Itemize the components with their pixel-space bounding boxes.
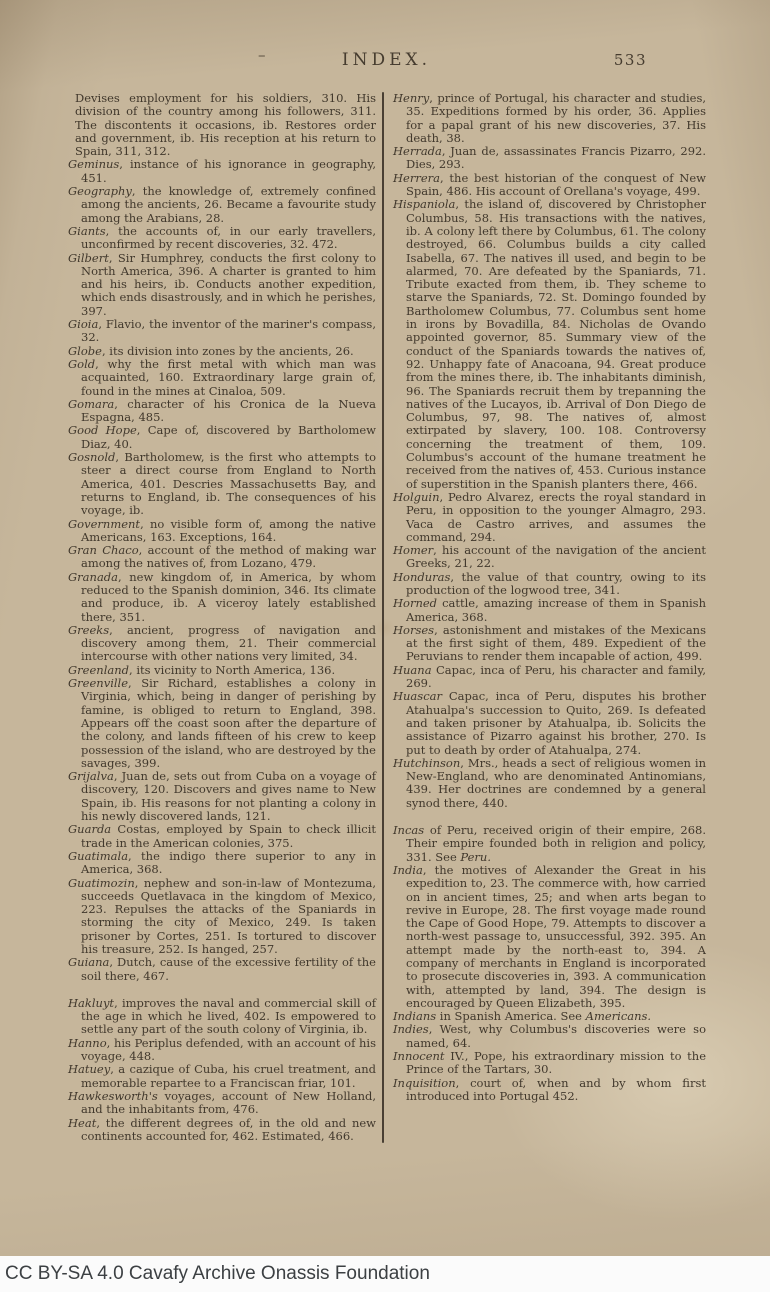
index-entry: Heat, the different degrees of, in the o… bbox=[68, 1117, 376, 1144]
entry-term: Guatimala bbox=[68, 849, 128, 863]
entry-term: Heat bbox=[68, 1116, 96, 1130]
index-entry: Holguin, Pedro Alvarez, erects the royal… bbox=[393, 491, 706, 544]
column-right: Henry, prince of Portugal, his character… bbox=[384, 92, 706, 1143]
index-entry: Gosnold, Bartholomew, is the first who a… bbox=[68, 451, 376, 517]
entry-term: Geography bbox=[68, 184, 132, 198]
entry-term: Hakluyt bbox=[68, 996, 114, 1010]
entry-term: Good Hope bbox=[68, 423, 137, 437]
index-entry: Good Hope, Cape of, discovered by Bartho… bbox=[68, 424, 376, 451]
index-entry: Greenville, Sir Richard, establishes a c… bbox=[68, 677, 376, 770]
entry-term: Horses bbox=[393, 623, 434, 637]
page-number: 533 bbox=[614, 51, 647, 69]
entry-term: Guarda bbox=[68, 822, 111, 836]
entry-term: Huana bbox=[393, 663, 432, 677]
entry-term: Guiana bbox=[68, 955, 109, 969]
index-entry: Hakluyt, improves the naval and commerci… bbox=[68, 997, 376, 1037]
index-entry: Guarda Costas, employed by Spain to chec… bbox=[68, 823, 376, 850]
entry-term: Indies bbox=[393, 1022, 429, 1036]
entry-term: Grijalva bbox=[68, 769, 114, 783]
entry-term: Guatimozin bbox=[68, 876, 135, 890]
caption-bar: CC BY-SA 4.0 Cavafy Archive Onassis Foun… bbox=[0, 1256, 770, 1292]
entry-term: Gosnold bbox=[68, 450, 115, 464]
index-entry: Government, no visible form of, among th… bbox=[68, 518, 376, 545]
entry-term: Huascar bbox=[393, 689, 442, 703]
entry-term: Indians bbox=[393, 1009, 436, 1023]
index-entry: Hispaniola, the island of, discovered by… bbox=[393, 198, 706, 491]
column-left: Devises employment for his soldiers, 310… bbox=[68, 92, 382, 1143]
index-entry: Greeks, ancient, progress of navigation … bbox=[68, 624, 376, 664]
entry-term: Incas bbox=[393, 823, 424, 837]
entry-term: Greenville bbox=[68, 676, 128, 690]
index-entry: Globe, its division into zones by the an… bbox=[68, 345, 376, 358]
entry-term: Granada bbox=[68, 570, 118, 584]
entry-cross-reference: Peru. bbox=[460, 850, 491, 864]
entry-term: Honduras bbox=[393, 570, 450, 584]
entry-term: Gold bbox=[68, 357, 95, 371]
entry-term: Giants bbox=[68, 224, 106, 238]
index-entry: Guatimozin, nephew and son-in-law of Mon… bbox=[68, 877, 376, 957]
index-entry: Hanno, his Periplus defended, with an ac… bbox=[68, 1037, 376, 1064]
index-entry: Hutchinson, Mrs., heads a sect of religi… bbox=[393, 757, 706, 810]
index-entry: Inquisition, court of, when and by whom … bbox=[393, 1077, 706, 1104]
index-entry: Huana Capac, inca of Peru, his character… bbox=[393, 664, 706, 691]
entry-term: Gilbert bbox=[68, 251, 109, 265]
index-entry: Homer, his account of the navigation of … bbox=[393, 544, 706, 571]
entry-term: Herrera bbox=[393, 171, 440, 185]
index-entry: Horned cattle, amazing increase of them … bbox=[393, 597, 706, 624]
index-entry: Horses, astonishment and mistakes of the… bbox=[393, 624, 706, 664]
index-entry: Giants, the accounts of, in our early tr… bbox=[68, 225, 376, 252]
entry-term: Hispaniola bbox=[393, 197, 455, 211]
entry-term: Hatuey bbox=[68, 1062, 110, 1076]
license-caption: CC BY-SA 4.0 Cavafy Archive Onassis Foun… bbox=[0, 1263, 430, 1285]
entry-term: Gioia bbox=[68, 317, 98, 331]
index-entry: Indians in Spanish America. See American… bbox=[393, 1010, 706, 1023]
index-entry: Huascar Capac, inca of Peru, disputes hi… bbox=[393, 690, 706, 756]
entry-term: Herrada bbox=[393, 144, 442, 158]
index-entry: Herrera, the best historian of the conqu… bbox=[393, 172, 706, 199]
index-entry: Geminus, instance of his ignorance in ge… bbox=[68, 158, 376, 185]
index-entry: India, the motives of Alexander the Grea… bbox=[393, 864, 706, 1010]
page-header: – INDEX. 533 bbox=[68, 50, 705, 76]
entry-cross-reference: Americans. bbox=[586, 1009, 651, 1023]
index-entry: Herrada, Juan de, assassinates Francis P… bbox=[393, 145, 706, 172]
index-entry: Greenland, its vicinity to North America… bbox=[68, 664, 376, 677]
index-entry: Gioia, Flavio, the inventor of the marin… bbox=[68, 318, 376, 345]
index-entry: Granada, new kingdom of, in America, by … bbox=[68, 571, 376, 624]
index-entry: Honduras, the value of that country, owi… bbox=[393, 571, 706, 598]
index-entry: Gomara, character of his Cronica de la N… bbox=[68, 398, 376, 425]
entry-term: India bbox=[393, 863, 423, 877]
index-entry: Hawkesworth's voyages, account of New Ho… bbox=[68, 1090, 376, 1117]
entry-term: Hanno bbox=[68, 1036, 107, 1050]
index-entry: Devises employment for his soldiers, 310… bbox=[68, 92, 376, 158]
index-entry: Incas of Peru, received origin of their … bbox=[393, 824, 706, 864]
index-entry: Guatimala, the indigo there superior to … bbox=[68, 850, 376, 877]
entry-term: Innocent bbox=[393, 1049, 445, 1063]
index-entry: Innocent IV., Pope, his extraordinary mi… bbox=[393, 1050, 706, 1077]
index-entry: Geography, the knowledge of, extremely c… bbox=[68, 185, 376, 225]
entry-term: Geminus bbox=[68, 157, 119, 171]
page-title: INDEX. bbox=[68, 50, 705, 70]
scanned-book-page: – INDEX. 533 Devises employment for his … bbox=[0, 0, 770, 1256]
entry-term: Hutchinson bbox=[393, 756, 460, 770]
entry-term: Horned bbox=[393, 596, 437, 610]
index-entry: Henry, prince of Portugal, his character… bbox=[393, 92, 706, 145]
entry-term: Gran Chaco bbox=[68, 543, 139, 557]
entry-term: Inquisition bbox=[393, 1076, 456, 1090]
entry-term: Holguin bbox=[393, 490, 439, 504]
entry-term: Greenland bbox=[68, 663, 129, 677]
index-columns: Devises employment for his soldiers, 310… bbox=[68, 92, 706, 1143]
entry-term: Government bbox=[68, 517, 140, 531]
entry-term: Homer bbox=[393, 543, 433, 557]
index-entry: Gold, why the first metal with which man… bbox=[68, 358, 376, 398]
entry-term: Greeks bbox=[68, 623, 109, 637]
entry-term: Henry bbox=[393, 91, 429, 105]
index-entry: Hatuey, a cazique of Cuba, his cruel tre… bbox=[68, 1063, 376, 1090]
entry-term: Globe bbox=[68, 344, 102, 358]
entry-term: Gomara bbox=[68, 397, 114, 411]
index-entry: Grijalva, Juan de, sets out from Cuba on… bbox=[68, 770, 376, 823]
index-entry: Gilbert, Sir Humphrey, conducts the firs… bbox=[68, 252, 376, 318]
index-entry: Guiana, Dutch, cause of the excessive fe… bbox=[68, 956, 376, 983]
index-entry: Gran Chaco, account of the method of mak… bbox=[68, 544, 376, 571]
index-entry: Indies, West, why Columbus's discoveries… bbox=[393, 1023, 706, 1050]
entry-term: Hawkesworth's bbox=[68, 1089, 158, 1103]
